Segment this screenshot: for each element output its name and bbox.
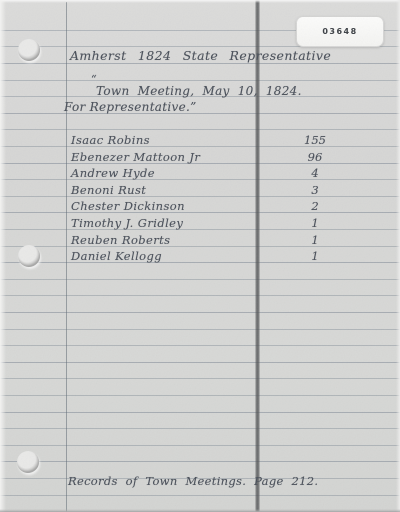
vote-count: 1 [293, 249, 337, 263]
source-citation: Records of Town Meetings. Page 212. [68, 469, 318, 488]
result-row: Daniel Kellogg1 [0, 247, 400, 264]
ruled-line [0, 395, 400, 396]
punch-hole-bottom [17, 451, 39, 473]
candidate-name: Chester Dickinson [71, 199, 185, 213]
ruled-line [0, 295, 400, 296]
ruled-line [0, 329, 400, 330]
candidate-name: Reuben Roberts [71, 233, 170, 247]
candidate-name: Benoni Rust [71, 183, 146, 197]
result-row: Chester Dickinson2 [0, 197, 400, 214]
result-row: Benoni Rust3 [0, 181, 400, 198]
vote-count: 1 [293, 216, 337, 230]
catalog-number: 03648 [322, 27, 357, 36]
ruled-line [0, 113, 400, 114]
vote-count: 96 [293, 150, 337, 164]
result-row: Ebenezer Mattoon Jr96 [0, 148, 400, 165]
ruled-line [0, 378, 400, 379]
ruled-line [0, 63, 400, 64]
scan-edge-top [0, 0, 400, 3]
vote-count: 155 [293, 133, 337, 147]
vote-count: 1 [293, 233, 337, 247]
candidate-name: Andrew Hyde [71, 166, 155, 180]
result-row: Reuben Roberts1 [0, 231, 400, 248]
ruled-line [0, 312, 400, 313]
candidate-name: Timothy J. Gridley [71, 216, 183, 230]
office-line: For Representative.” [64, 97, 197, 114]
vote-count: 3 [293, 183, 337, 197]
document-title: Amherst 1824 State Representative [70, 45, 331, 63]
ruled-line [0, 279, 400, 280]
catalog-sticker: 03648 [296, 16, 384, 47]
ruled-line [0, 428, 400, 429]
vote-count: 4 [293, 166, 337, 180]
meeting-date-line: Town Meeting, May 10, 1824. [96, 81, 302, 98]
scan-edge-left [0, 0, 6, 512]
ruled-line [0, 461, 400, 462]
punch-hole-top [18, 39, 40, 61]
candidate-name: Isaac Robins [71, 133, 150, 147]
ruled-line [0, 412, 400, 413]
ruled-line [0, 362, 400, 363]
result-row: Isaac Robins155 [0, 131, 400, 148]
ruled-line [0, 445, 400, 446]
result-row: Andrew Hyde4 [0, 164, 400, 181]
scan-edge-right [396, 0, 400, 512]
candidate-name: Ebenezer Mattoon Jr [71, 150, 200, 164]
candidate-name: Daniel Kellogg [71, 249, 162, 263]
ruled-line [0, 345, 400, 346]
ruled-line [0, 495, 400, 496]
scanned-document-page: 03648 Amherst 1824 State Representative … [0, 0, 400, 512]
vote-count: 2 [293, 199, 337, 213]
result-row: Timothy J. Gridley1 [0, 214, 400, 231]
